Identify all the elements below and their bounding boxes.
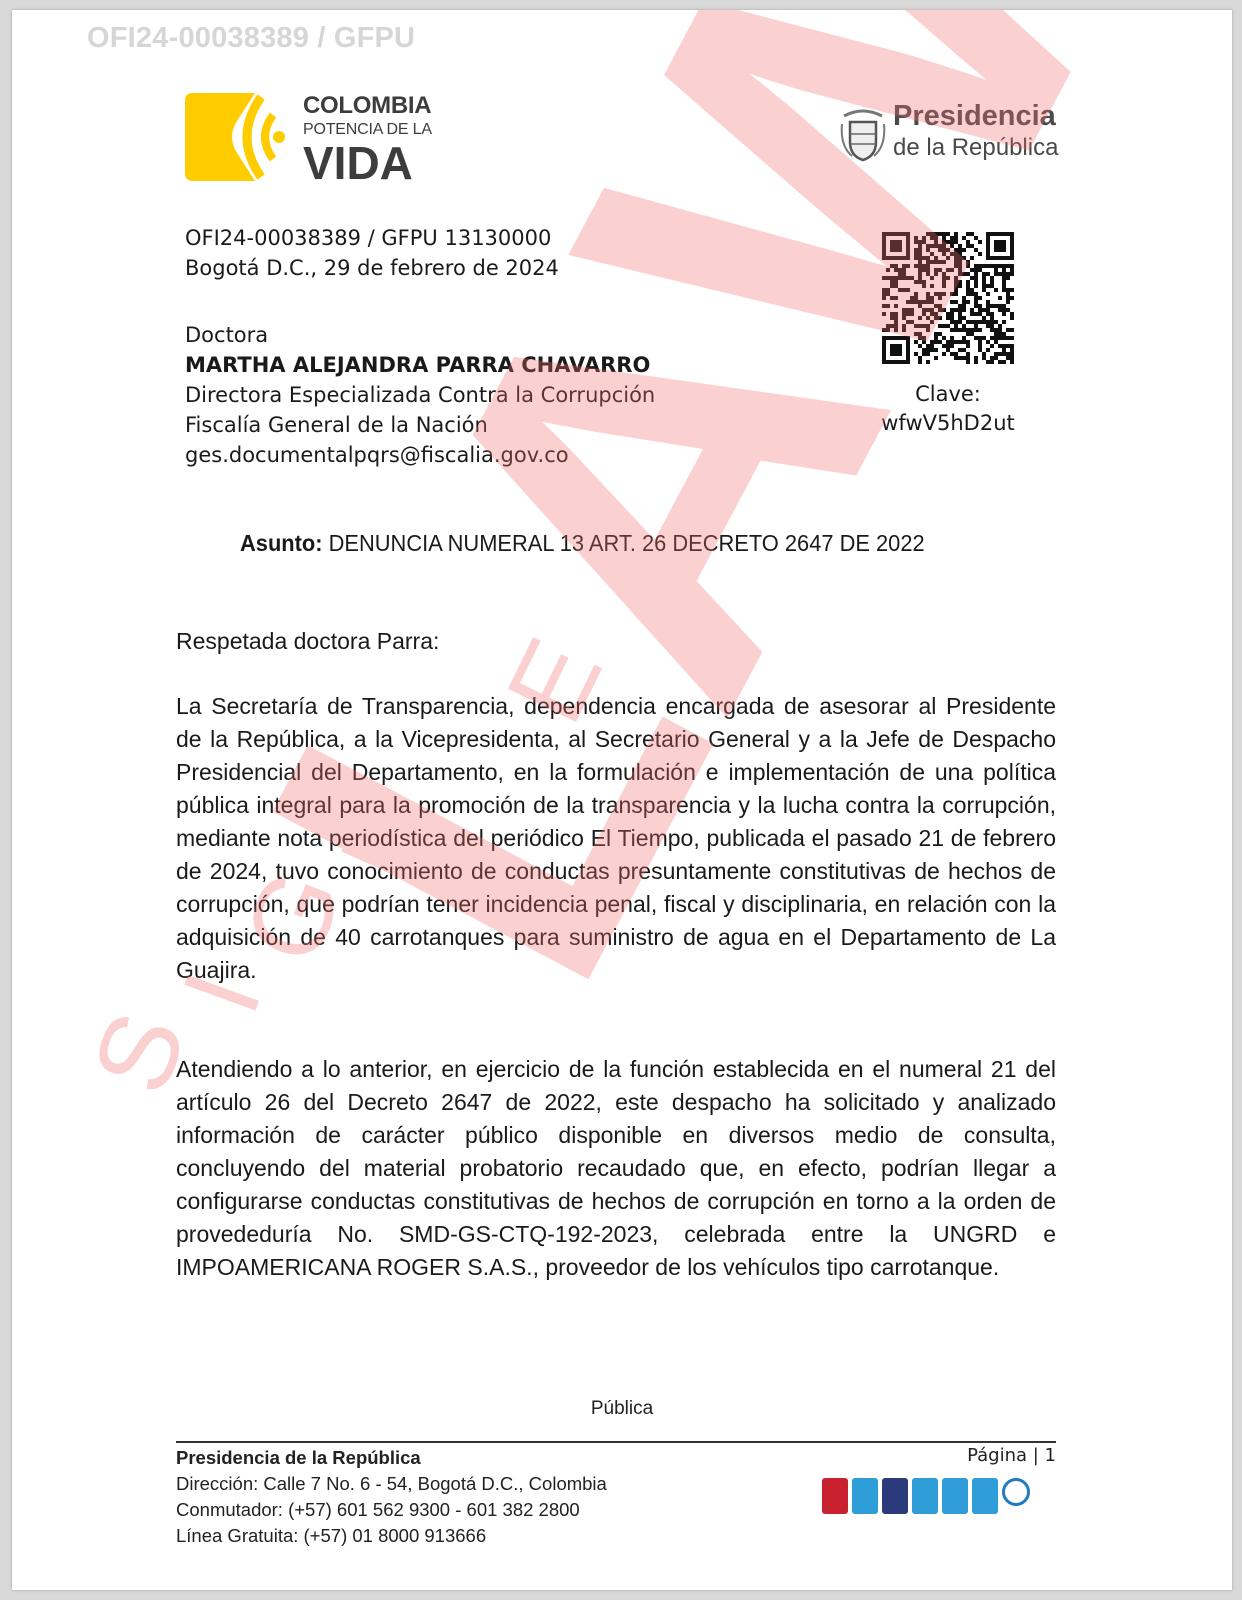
place-date: Bogotá D.C., 29 de febrero de 2024 (185, 253, 559, 283)
iso-certification-badge-icon (942, 1478, 968, 1514)
verification-key: Clave: wfwV5hD2ut (862, 380, 1034, 438)
coat-of-arms-icon (838, 106, 888, 162)
iso-certification-badge-icon (912, 1478, 938, 1514)
logo-line2: POTENCIA DE LA (303, 122, 432, 138)
certification-seal-icon (1002, 1478, 1030, 1506)
verification-key-value: wfwV5hD2ut (862, 409, 1034, 438)
footer-contact: Presidencia de la República Dirección: C… (176, 1445, 607, 1549)
greeting: Respetada doctora Parra: (176, 625, 1056, 658)
subject-text: DENUNCIA NUMERAL 13 ART. 26 DECRETO 2647… (329, 530, 925, 556)
verification-key-label: Clave: (862, 380, 1034, 409)
presidencia-logo: Presidencia de la República (838, 100, 1068, 170)
document-page: OFI24-00038389 / GFPU COLOMBIA POTENCIA … (12, 10, 1232, 1590)
recipient-position: Directora Especializada Contra la Corrup… (185, 380, 655, 410)
great-place-to-work-badge-icon (822, 1478, 848, 1514)
recipient-title: Doctora (185, 320, 655, 350)
recipient-email: ges.documentalpqrs@fiscalia.gov.co (185, 440, 655, 470)
presidencia-title: Presidencia (893, 100, 1056, 133)
logo-line3: VIDA (303, 140, 432, 186)
reference-block: OFI24-00038389 / GFPU 13130000 Bogotá D.… (185, 223, 559, 283)
presidencia-subtitle: de la República (893, 134, 1058, 162)
colombia-potencia-de-la-vida-logo: COLOMBIA POTENCIA DE LA VIDA (185, 88, 475, 188)
classification-label: Pública (12, 1398, 1232, 1420)
great-culture-to-innovate-badge-icon (882, 1478, 908, 1514)
subject-label: Asunto: (240, 530, 323, 556)
certification-badges (822, 1478, 1030, 1514)
subject-line: Asunto: DENUNCIA NUMERAL 13 ART. 26 DECR… (240, 530, 925, 557)
footer-organization: Presidencia de la República (176, 1445, 607, 1471)
footer-address: Dirección: Calle 7 No. 6 - 54, Bogotá D.… (176, 1471, 607, 1497)
recipient-organization: Fiscalía General de la Nación (185, 410, 655, 440)
document-stamp: OFI24-00038389 / GFPU (87, 22, 415, 55)
recipient-block: Doctora MARTHA ALEJANDRA PARRA CHAVARRO … (185, 320, 655, 470)
body-paragraph-1: La Secretaría de Transparencia, dependen… (176, 690, 1056, 987)
footer-switchboard: Conmutador: (+57) 601 562 9300 - 601 382… (176, 1497, 607, 1523)
qr-code-icon (882, 232, 1014, 364)
page-number: Página | 1 (967, 1445, 1056, 1466)
colombia-logo-icon (185, 93, 285, 181)
footer-divider (176, 1441, 1056, 1443)
body-paragraph-2: Atendiendo a lo anterior, en ejercicio d… (176, 1053, 1056, 1284)
logo-line1: COLOMBIA (303, 94, 432, 118)
recipient-name: MARTHA ALEJANDRA PARRA CHAVARRO (185, 350, 655, 380)
reference-number: OFI24-00038389 / GFPU 13130000 (185, 223, 559, 253)
footer-toll-free: Línea Gratuita: (+57) 01 8000 913666 (176, 1523, 607, 1549)
icontec-badge-icon (852, 1478, 878, 1514)
iso-certification-badge-icon (972, 1478, 998, 1514)
